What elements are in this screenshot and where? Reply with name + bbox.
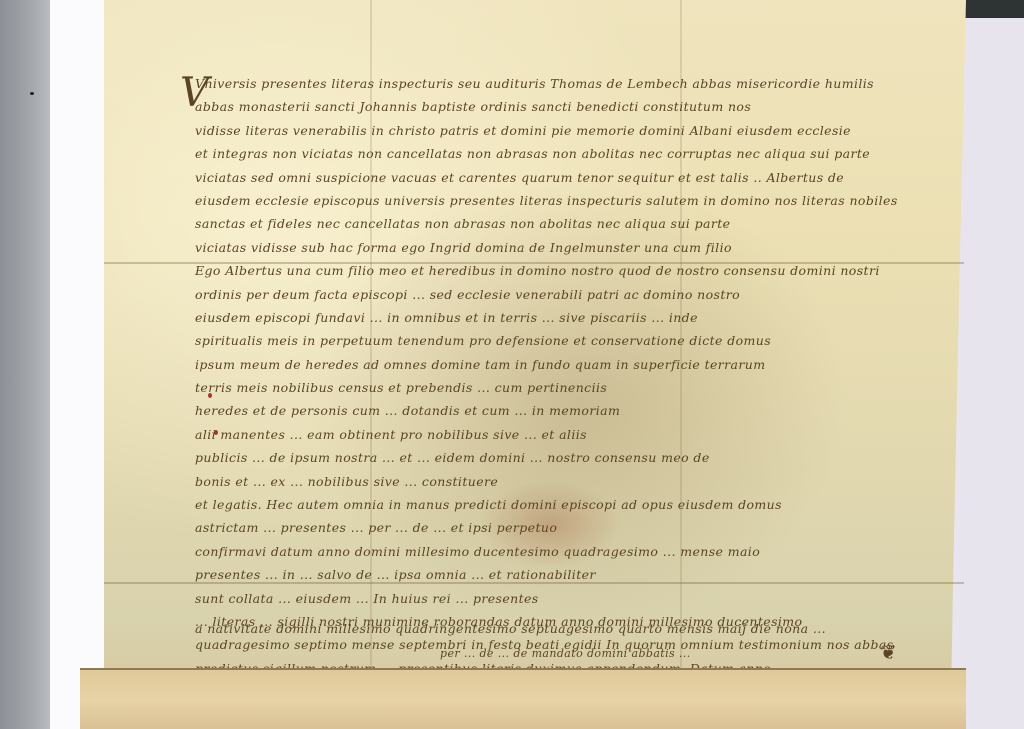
scanner-background xyxy=(960,18,1024,729)
dating-clause: a nativitate domini millesimo quadringen… xyxy=(195,617,955,640)
text-line: heredes et de personis cum ... dotandis … xyxy=(195,399,955,422)
text-line: Vniversis presentes literas inspecturis … xyxy=(195,72,955,95)
plica-fold xyxy=(80,668,966,729)
scanner-lid-edge xyxy=(960,0,1024,18)
text-line: viciatas vidisse sub hac forma ego Ingri… xyxy=(195,236,955,259)
text-line: astrictam ... presentes ... per ... de .… xyxy=(195,516,955,539)
text-line: spiritualis meis in perpetuum tenendum p… xyxy=(195,329,955,352)
text-line: ipsum meum de heredes ad omnes domine ta… xyxy=(195,353,955,376)
text-line: vidisse literas venerabilis in christo p… xyxy=(195,119,955,142)
text-line: et integras non viciatas non cancellatas… xyxy=(195,142,955,165)
scanner-edge xyxy=(0,0,50,729)
text-line: publicis ... de ipsum nostra ... et ... … xyxy=(195,446,955,469)
text-line: ordinis per deum facta episcopi ... sed … xyxy=(195,283,955,306)
text-line: eiusdem ecclesie episcopus universis pre… xyxy=(195,189,955,212)
text-line: abbas monasterii sancti Johannis baptist… xyxy=(195,95,955,118)
text-line: sanctas et fideles nec cancellatas non a… xyxy=(195,212,955,235)
text-line: eiusdem episcopi fundavi ... in omnibus … xyxy=(195,306,955,329)
text-line: confirmavi datum anno domini millesimo d… xyxy=(195,540,955,563)
text-line: et legatis. Hec autem omnia in manus pre… xyxy=(195,493,955,516)
notary-sign-icon: ❦ xyxy=(880,640,897,664)
text-line: sunt collata ... eiusdem ... In huius re… xyxy=(195,587,955,610)
text-line: Ego Albertus una cum filio meo et heredi… xyxy=(195,259,955,282)
text-line: alii manentes ... eam obtinent pro nobil… xyxy=(195,423,955,446)
dust-speck xyxy=(30,92,34,95)
text-line: presentes ... in ... salvo de ... ipsa o… xyxy=(195,563,955,586)
charter-text: Vniversis presentes literas inspecturis … xyxy=(195,72,955,680)
text-line: terris meis nobilibus census et prebendi… xyxy=(195,376,955,399)
text-line: bonis et ... ex ... nobilibus sive ... c… xyxy=(195,470,955,493)
subscription-line: per ... de ... de mandato domini abbatis… xyxy=(440,642,880,665)
backing-paper xyxy=(50,0,106,729)
text-line: viciatas sed omni suspicione vacuas et c… xyxy=(195,166,955,189)
